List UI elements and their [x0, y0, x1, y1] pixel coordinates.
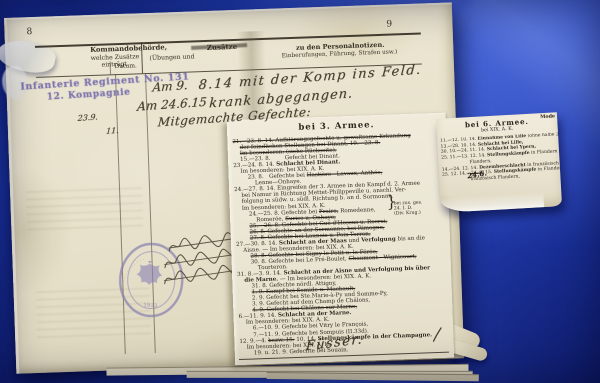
militarpass-open-book: 8 9 Kommandobehörde,welche Zusätze eintr…: [4, 2, 464, 373]
print-segment: Romedenne,: [338, 207, 375, 214]
slip3-battle-lines: 21.—23. 8. 14. Aufklärungsgefechte u. ge…: [232, 132, 451, 357]
page-number-9: 9: [386, 19, 392, 29]
print-segment: (ohne halbe 24. I. D.),: [526, 132, 560, 139]
page-stack-edge: [267, 372, 479, 381]
header-datum: Datum.: [112, 62, 140, 70]
battle-list-slip-3rd-army: bei 3. Armee. 21.—23. 8. 14. Aufklärungs…: [227, 113, 454, 365]
slip3-brace-note: } bei zus. ges. 24. I. D. (Div. Krug.): [387, 200, 447, 218]
page-number-8: 8: [26, 27, 32, 37]
slip6-curled-edge: [440, 192, 544, 213]
battle-list-slip-6th-army: Mode bei 6. Armee. bei XIX. A. K. 11.—12…: [436, 112, 562, 213]
seal-year: 1913: [143, 303, 158, 310]
slip6-battle-lines: 11.—12. 10. 14. Einnahme von Lille (ohne…: [440, 132, 560, 184]
print-segment: in Flandern bezw.: [536, 165, 560, 172]
pen-tick-mark: [431, 327, 444, 343]
print-segment: Verfolgung: [361, 236, 396, 243]
brace-glyph: }: [387, 199, 397, 205]
photo-of-militarpass: 8 9 Kommandobehörde,welche Zusätze eintr…: [0, 0, 600, 383]
handwritten-date: 11.: [106, 126, 119, 136]
ghost-print: [26, 185, 143, 233]
handwritten-entry-date: Am 9.: [152, 78, 188, 95]
print-segment: bis an die: [396, 235, 425, 242]
handwritten-date: 23.9.: [77, 112, 98, 122]
handwritten-entry-date: Am 24.6.15: [137, 95, 207, 114]
header-uebungen: (Übungen und: [149, 52, 244, 62]
